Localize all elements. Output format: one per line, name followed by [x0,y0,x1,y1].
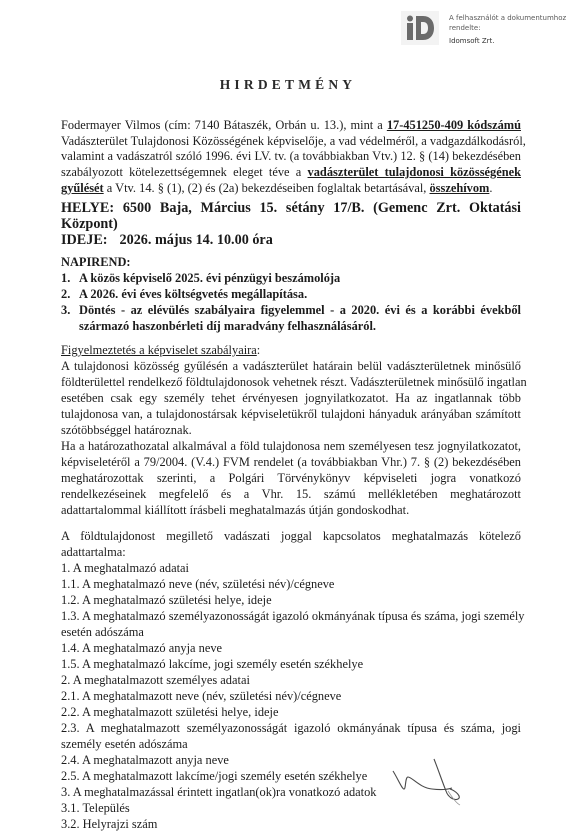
agenda-item-number: 1. [61,271,79,286]
intro-line: Fodermayer Vilmos (cím: 7140 Bátaszék, O… [61,118,521,133]
warning-line: földterülettel rendelkező földtulajdonos… [61,375,521,390]
intro-text: . [489,181,492,195]
agenda-item: 2.A 2026. évi éves költségvetés megállap… [61,287,521,302]
proxy-item: 2.1. A meghatalmazott neve (név, születé… [61,689,521,704]
warning-heading-text: Figyelmeztetés a képviselet szabályaira [61,343,257,357]
proxy-item: 1.5. A meghatalmazó lakcíme, jogi személ… [61,657,521,672]
proxy-item: 1.4. A meghatalmazó anyja neve [61,641,521,656]
intro-text: szabályozott kötelezettségemnek eleget t… [61,165,308,179]
agenda-item-number: 3. [61,303,79,318]
meeting-time: IDEJE:2026. május 14. 10.00 óra [61,232,521,248]
proxy-item: 1. A meghatalmazó adatai [61,561,521,576]
meeting-time-value: 2026. május 14. 10.00 óra [120,232,273,248]
intro-line: szabályozott kötelezettségemnek eleget t… [61,165,521,180]
convene-emphasis: összehívom [429,181,489,195]
warning-line: adattartalommal kiállított írásbeli megh… [61,503,521,518]
warning-line: Ha a határozathozatal alkalmával a föld … [61,439,521,454]
intro-text: Fodermayer Vilmos (cím: 7140 Bátaszék, O… [61,118,387,132]
agenda-item: 1.A közös képviselő 2025. évi pénzügyi b… [61,271,521,286]
agenda-item-cont: származó haszonbérleti díj maradvány fel… [79,319,521,334]
meeting-time-label: IDEJE: [61,232,108,248]
proxy-intro: adattartalma: [61,545,521,560]
warning-line: tulajdonosa van, a tulajdonostársak képv… [61,407,521,422]
proxy-item: 2.3. A meghatalmazott személyazonosságát… [61,721,521,736]
warning-line: esetében csak egy személy tehet érvényes… [61,391,521,406]
agenda-item-text: A közös képviselő 2025. évi pénzügyi bes… [79,271,340,285]
hunting-area-code: 17-451250-409 kódszámú [387,118,521,132]
proxy-intro: A földtulajdonost megillető vadászati jo… [61,529,521,544]
intro-line: gyűlését a Vtv. 14. § (1), (2) és (2a) b… [61,181,521,196]
assignment-badge: A felhasználót a dokumentumhoz rendelte:… [401,11,576,53]
meeting-emphasis: gyűlését [61,181,104,195]
agenda-item-text: A 2026. évi éves költségvetés megállapít… [79,287,307,301]
agenda-heading: NAPIREND: [61,255,521,270]
proxy-item: 1.3. A meghatalmazó személyazonosságát i… [61,609,521,624]
agenda-item: 3.Döntés - az elévülés szabályaira figye… [61,303,521,318]
warning-line: rendelkezéseinek megfelelő és a Vhr. 15.… [61,487,521,502]
warning-heading-colon: : [257,343,260,357]
warning-line: szótöbbséggel határoznak. [61,423,521,438]
proxy-item: esetén adószáma [61,625,521,640]
proxy-item: 1.2. A meghatalmazó születési helye, ide… [61,593,521,608]
warning-line: képviseletéről a 79/2004. (V.4.) FVM ren… [61,455,521,470]
document-page: A felhasználót a dokumentumhoz rendelte:… [0,0,576,836]
meeting-emphasis: vadászterület tulajdonosi közösségének [308,165,521,179]
proxy-item: 3.2. Helyrajzi szám [61,817,521,832]
agenda-item-number: 2. [61,287,79,302]
proxy-item: személy esetén adószáma [61,737,521,752]
agenda-item-text: Döntés - az elévülés szabályaira figyele… [79,303,521,318]
handwritten-signature-icon [390,755,470,812]
intro-line: Vadászterület Tulajdonosi Közösségének k… [61,134,521,149]
badge-note-line1: A felhasználót a dokumentumhoz [449,14,566,24]
badge-note: A felhasználót a dokumentumhoz rendelte: [449,14,566,33]
proxy-item: 1.1. A meghatalmazó neve (név, születési… [61,577,521,592]
warning-heading: Figyelmeztetés a képviselet szabályaira: [61,343,521,358]
proxy-item: 2. A meghatalmazott személyes adatai [61,673,521,688]
intro-line: valamint a vadászatról szóló 1996. évi L… [61,149,521,164]
badge-note-line2: rendelte: [449,24,566,34]
badge-organization: Idomsoft Zrt. [449,37,495,45]
meeting-place: HELYE: 6500 Baja, Március 15. sétány 17/… [61,200,521,216]
idomsoft-logo-icon [401,11,439,45]
document-title: HIRDETMÉNY [0,77,576,93]
intro-text: a Vtv. 14. § (1), (2) és (2a) bekezdései… [104,181,430,195]
warning-line: A tulajdonosi közösség gyűlésén a vadász… [61,359,521,374]
warning-line: meghatározottak szerinti, a Polgári Törv… [61,471,521,486]
proxy-item: 2.2. A meghatalmazott születési helye, i… [61,705,521,720]
meeting-place-cont: Központ) [61,216,521,232]
